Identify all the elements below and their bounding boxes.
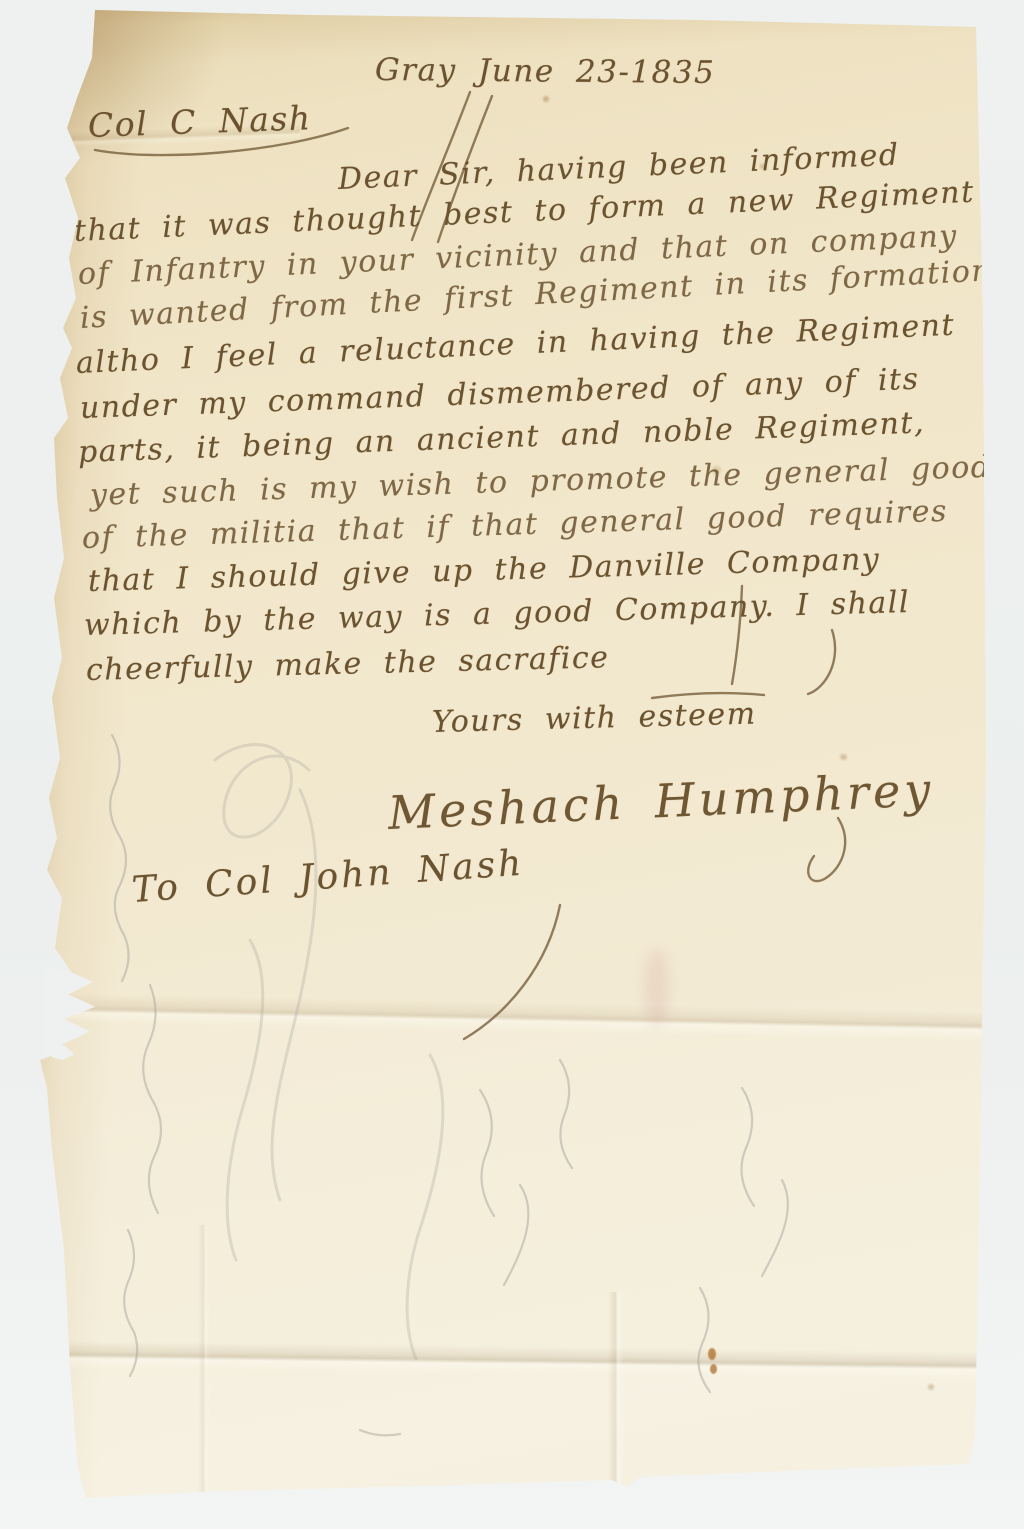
scan-background: Gray June 23-1835 Col C Nash Dear Sir, h… <box>0 0 1024 1529</box>
letter-paper: Gray June 23-1835 Col C Nash Dear Sir, h… <box>0 0 1024 1529</box>
dateline: Gray June 23-1835 <box>375 52 716 91</box>
body-line-11: cheerfully make the sacrafice <box>86 640 610 688</box>
recipient-line: Col C Nash <box>87 98 312 145</box>
signature: Meshach Humphrey <box>387 762 935 840</box>
closing-line: Yours with esteem <box>432 697 758 740</box>
handwritten-ink-layer: Gray June 23-1835 Col C Nash Dear Sir, h… <box>0 0 1024 1529</box>
addressee-line: To Col John Nash <box>131 843 526 911</box>
